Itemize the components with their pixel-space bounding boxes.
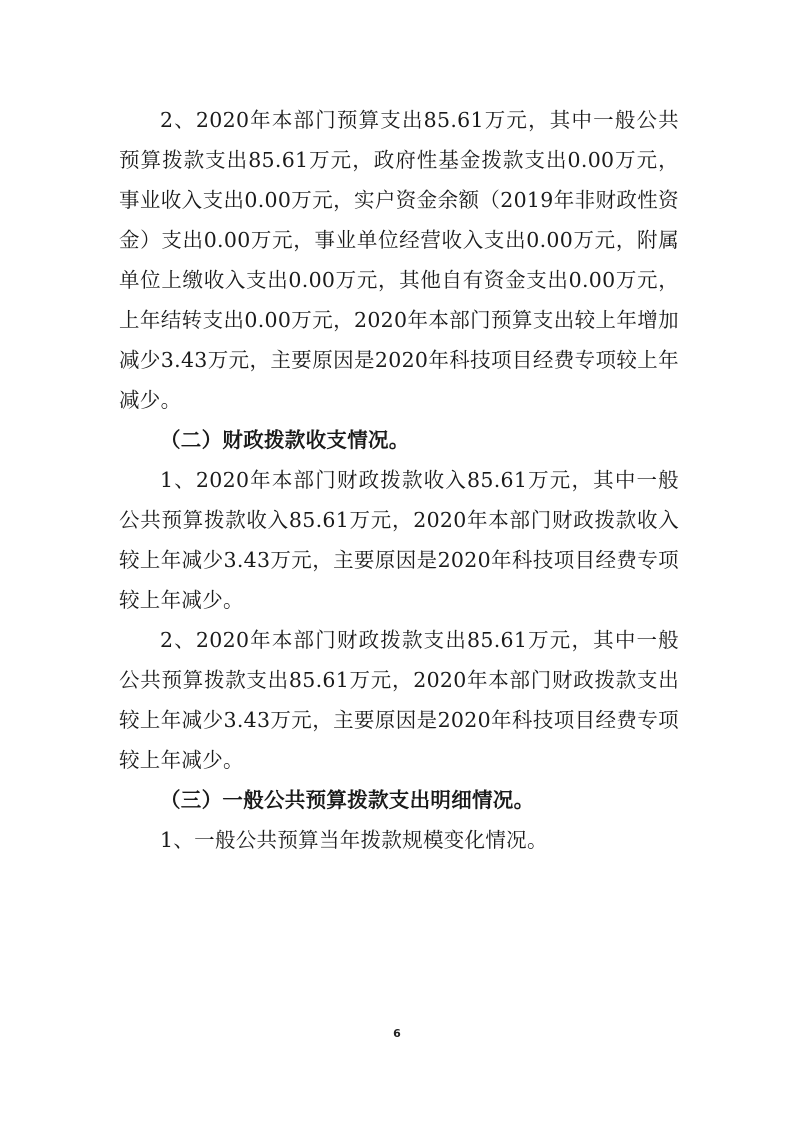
paragraph-fiscal-expenditure: 2、2020年本部门财政拨款支出85.61万元，其中一般公共预算拨款支出85.6… xyxy=(119,620,679,780)
page-number: 6 xyxy=(0,1027,794,1040)
section-heading-fiscal-appropriation: （二）财政拨款收支情况。 xyxy=(119,420,679,460)
section-heading-general-budget-detail: （三）一般公共预算拨款支出明细情况。 xyxy=(119,780,679,820)
document-page: 2、2020年本部门预算支出85.61万元，其中一般公共预算拨款支出85.61万… xyxy=(119,100,679,860)
paragraph-general-budget-scale: 1、一般公共预算当年拨款规模变化情况。 xyxy=(119,820,679,860)
paragraph-fiscal-income: 1、2020年本部门财政拨款收入85.61万元，其中一般公共预算拨款收入85.6… xyxy=(119,460,679,620)
paragraph-budget-expenditure: 2、2020年本部门预算支出85.61万元，其中一般公共预算拨款支出85.61万… xyxy=(119,100,679,420)
